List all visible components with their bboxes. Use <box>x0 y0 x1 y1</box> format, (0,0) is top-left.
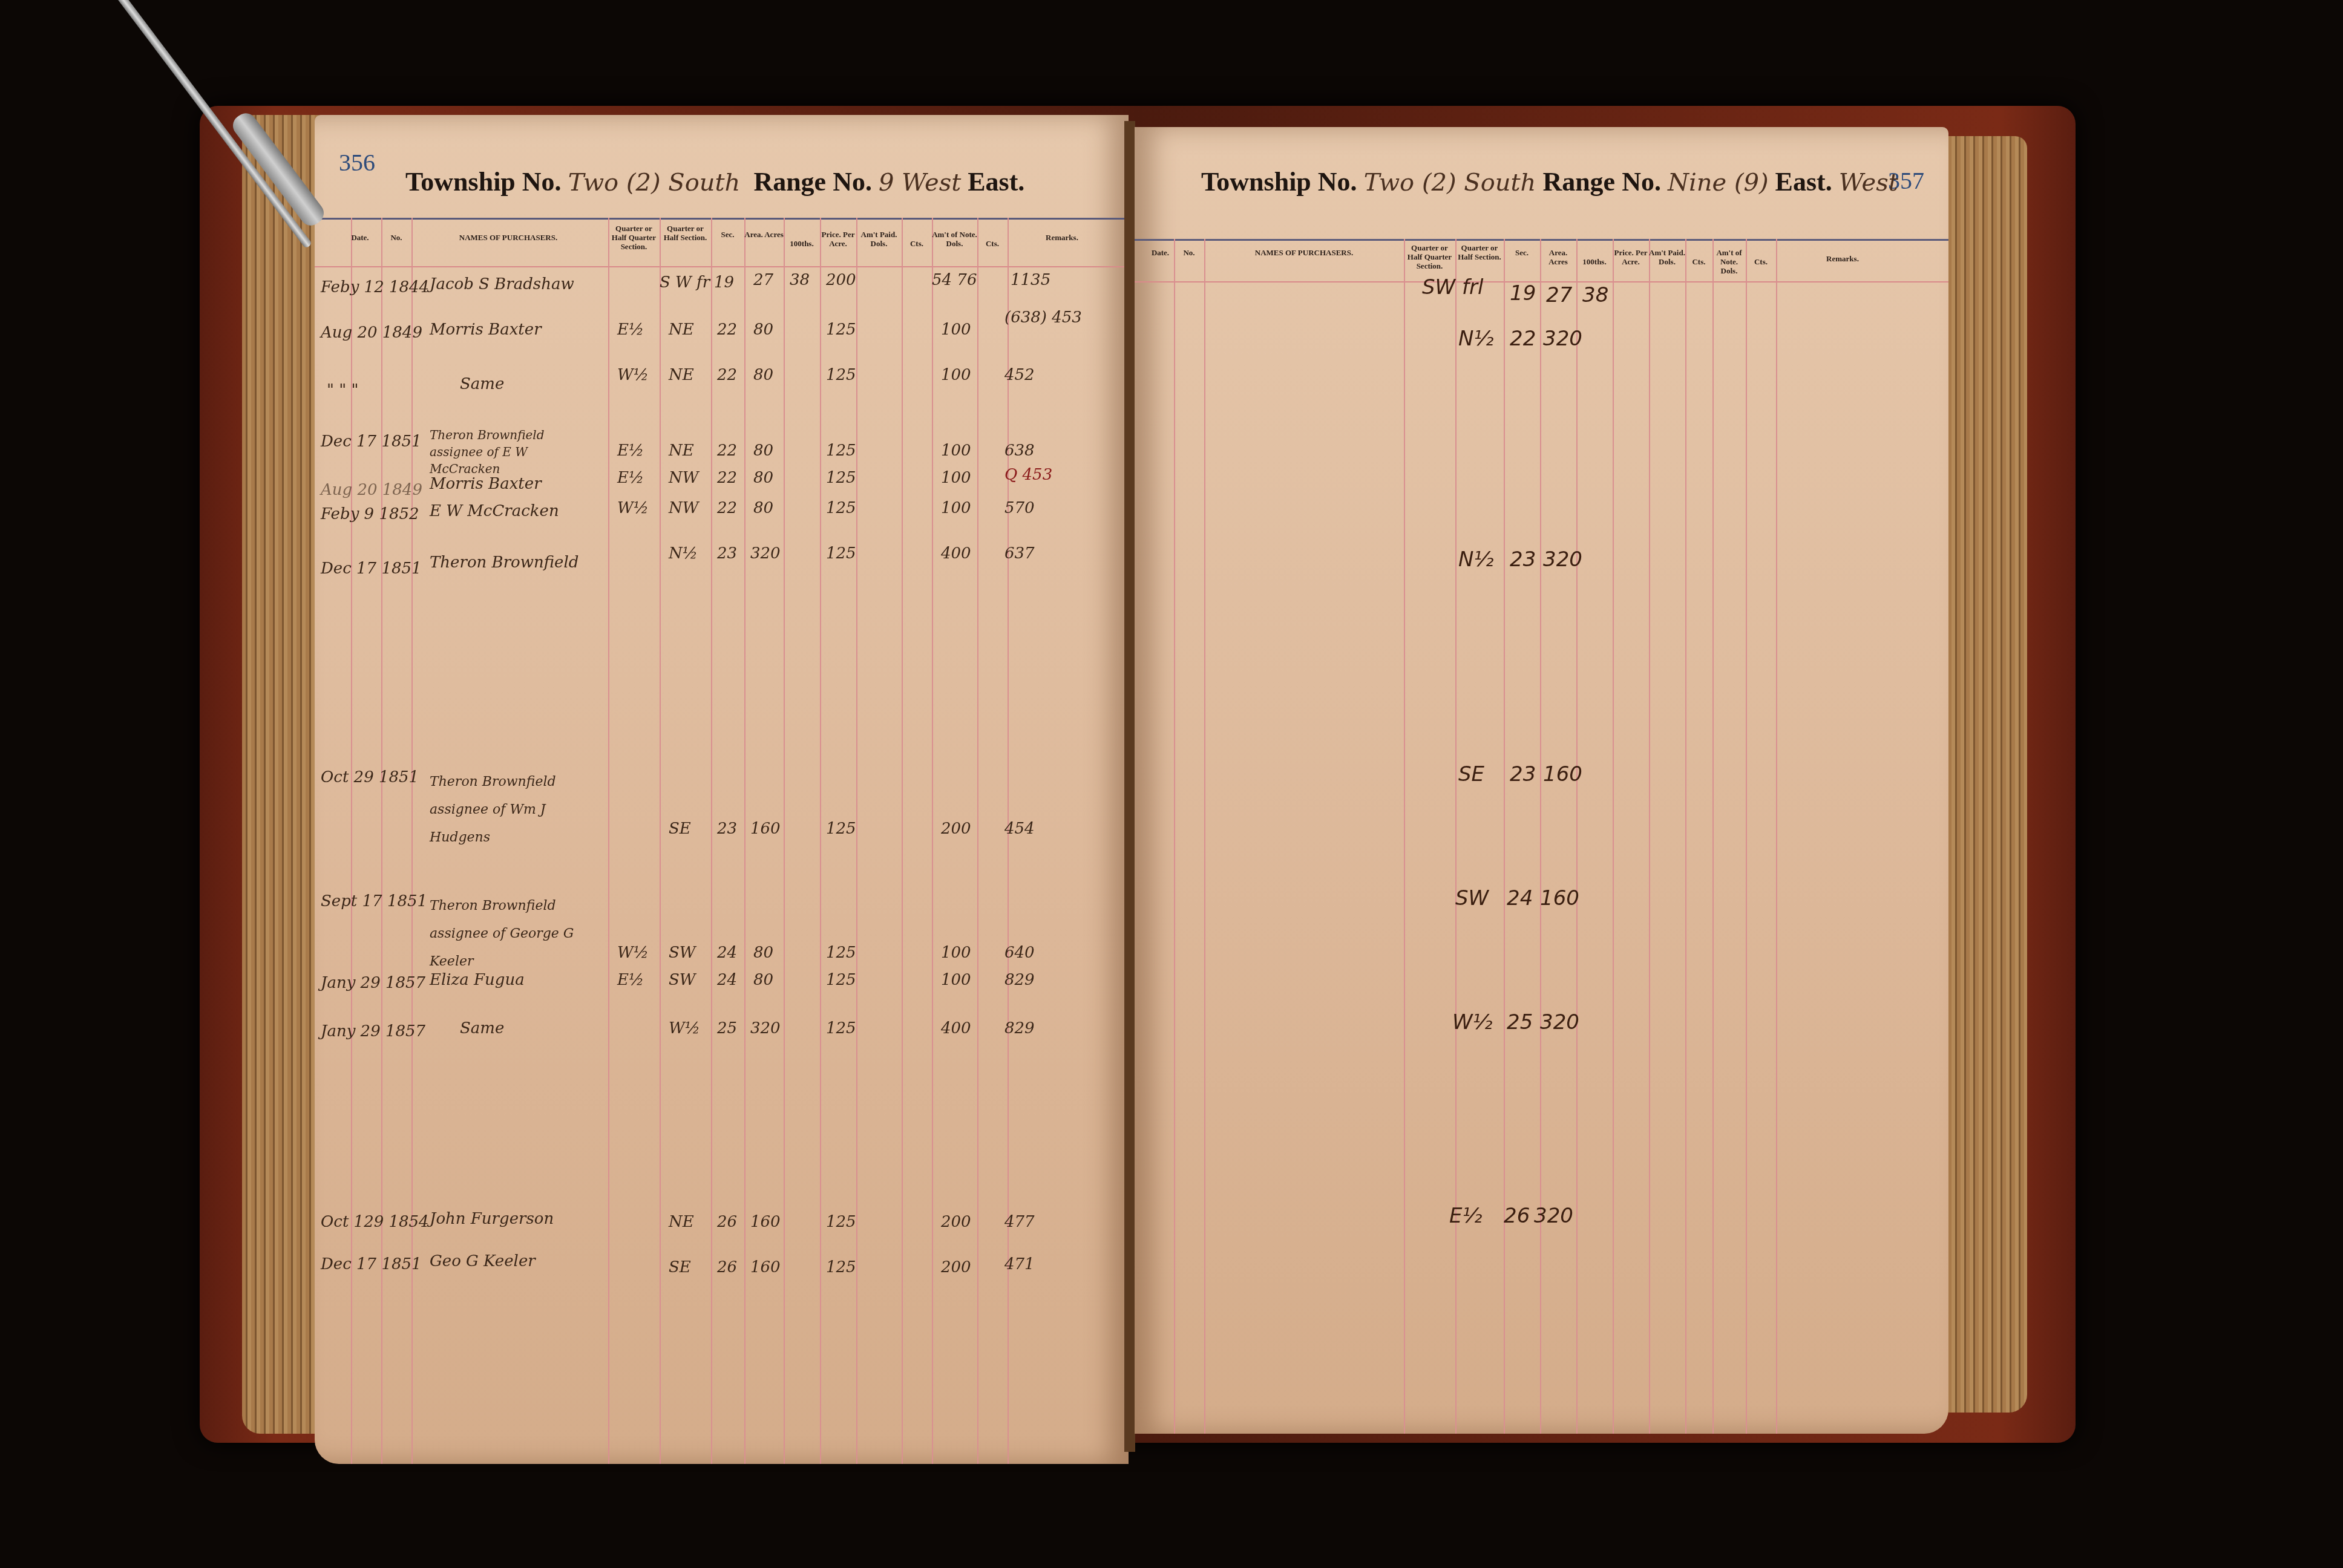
column-rule <box>1174 239 1175 1434</box>
column-rule <box>1649 239 1650 1434</box>
page-number: 356 <box>339 148 375 177</box>
col-hundredths: 100ths. <box>1576 257 1613 266</box>
col-no: No. <box>1174 248 1204 257</box>
column-rule <box>1613 239 1614 1434</box>
column-rule <box>977 218 978 1464</box>
col-price: Price. Per Acre. <box>820 230 856 248</box>
col-remarks: Remarks. <box>1008 233 1116 242</box>
page-title: Township No. Two (2) South Range No. Nin… <box>1201 166 1898 197</box>
range-label: Range No. <box>1542 167 1661 197</box>
column-rule <box>608 218 609 1464</box>
page-title: Township No. Two (2) South Range No. 9 W… <box>405 166 1024 197</box>
ledger-page-right: 357 Township No. Two (2) South Range No.… <box>1135 127 1948 1434</box>
col-quarter-half-quarter: Quarter or Half Quarter Section. <box>608 224 660 251</box>
column-rule <box>1685 239 1686 1434</box>
direction-label: East. <box>1775 167 1832 197</box>
column-rule <box>1008 218 1009 1464</box>
col-note-dols: Am't of Note. Dols. <box>932 230 977 248</box>
direction-handwritten: West <box>1839 169 1898 197</box>
column-rule <box>1540 239 1541 1434</box>
column-rule <box>902 218 903 1464</box>
col-paid-dols: Am't Paid. Dols. <box>856 230 902 248</box>
col-names: NAMES OF PURCHASERS. <box>418 233 599 242</box>
col-hundredths: 100ths. <box>784 239 820 248</box>
column-rule <box>784 218 785 1464</box>
column-rule <box>1712 239 1714 1434</box>
column-rule <box>1404 239 1405 1434</box>
col-acres: Area. Acres <box>744 230 784 239</box>
column-rule <box>856 218 857 1464</box>
column-rule <box>1776 239 1777 1434</box>
col-date: Date. <box>339 233 381 242</box>
range-value: Nine (9) <box>1668 169 1769 197</box>
header-bottom-rule <box>315 266 1129 267</box>
range-value: 9 West <box>879 169 961 197</box>
column-rule <box>1746 239 1747 1434</box>
col-note-cts: Cts. <box>977 239 1008 248</box>
column-rule <box>1576 239 1578 1434</box>
col-date: Date. <box>1147 248 1174 257</box>
col-note-cts: Cts. <box>1746 257 1776 266</box>
book-gutter <box>1124 121 1135 1452</box>
col-no: No. <box>381 233 411 242</box>
column-rule <box>932 218 933 1464</box>
column-rule <box>1504 239 1505 1434</box>
col-paid-dols: Am't Paid. Dols. <box>1649 248 1685 266</box>
header-rule <box>315 218 1129 220</box>
col-quarter-half: Quarter or Half Section. <box>1455 243 1504 261</box>
col-acres: Area. Acres <box>1540 248 1576 266</box>
column-rule <box>660 218 661 1464</box>
col-quarter-half: Quarter or Half Section. <box>660 224 711 242</box>
col-note-dols: Am't of Note. Dols. <box>1712 248 1746 275</box>
column-rule <box>1204 239 1205 1434</box>
column-rule <box>381 218 382 1464</box>
column-rule <box>411 218 413 1464</box>
column-rule <box>744 218 745 1464</box>
ledger-page-left: 356 Township No. Two (2) South Range No.… <box>315 115 1129 1464</box>
header-bottom-rule <box>1135 281 1948 283</box>
column-rule <box>711 218 712 1464</box>
col-paid-cts: Cts. <box>1685 257 1712 266</box>
column-rule <box>820 218 821 1464</box>
direction-label: East. <box>968 167 1024 197</box>
col-sec: Sec. <box>711 230 744 239</box>
range-label: Range No. <box>753 167 872 197</box>
col-remarks: Remarks. <box>1776 254 1909 263</box>
col-names: NAMES OF PURCHASERS. <box>1204 248 1404 257</box>
col-sec: Sec. <box>1504 248 1540 257</box>
page-edges-right <box>1942 136 2027 1413</box>
township-value: Two (2) South <box>1364 169 1536 197</box>
township-label: Township No. <box>1201 167 1357 197</box>
township-label: Township No. <box>405 167 562 197</box>
col-quarter-half-quarter: Quarter or Half Quarter Section. <box>1404 243 1455 270</box>
column-rule <box>1455 239 1457 1434</box>
col-price: Price. Per Acre. <box>1613 248 1649 266</box>
header-rule <box>1135 239 1948 241</box>
col-paid-cts: Cts. <box>902 239 932 248</box>
township-value: Two (2) South <box>568 169 741 197</box>
column-rule <box>351 218 352 1464</box>
